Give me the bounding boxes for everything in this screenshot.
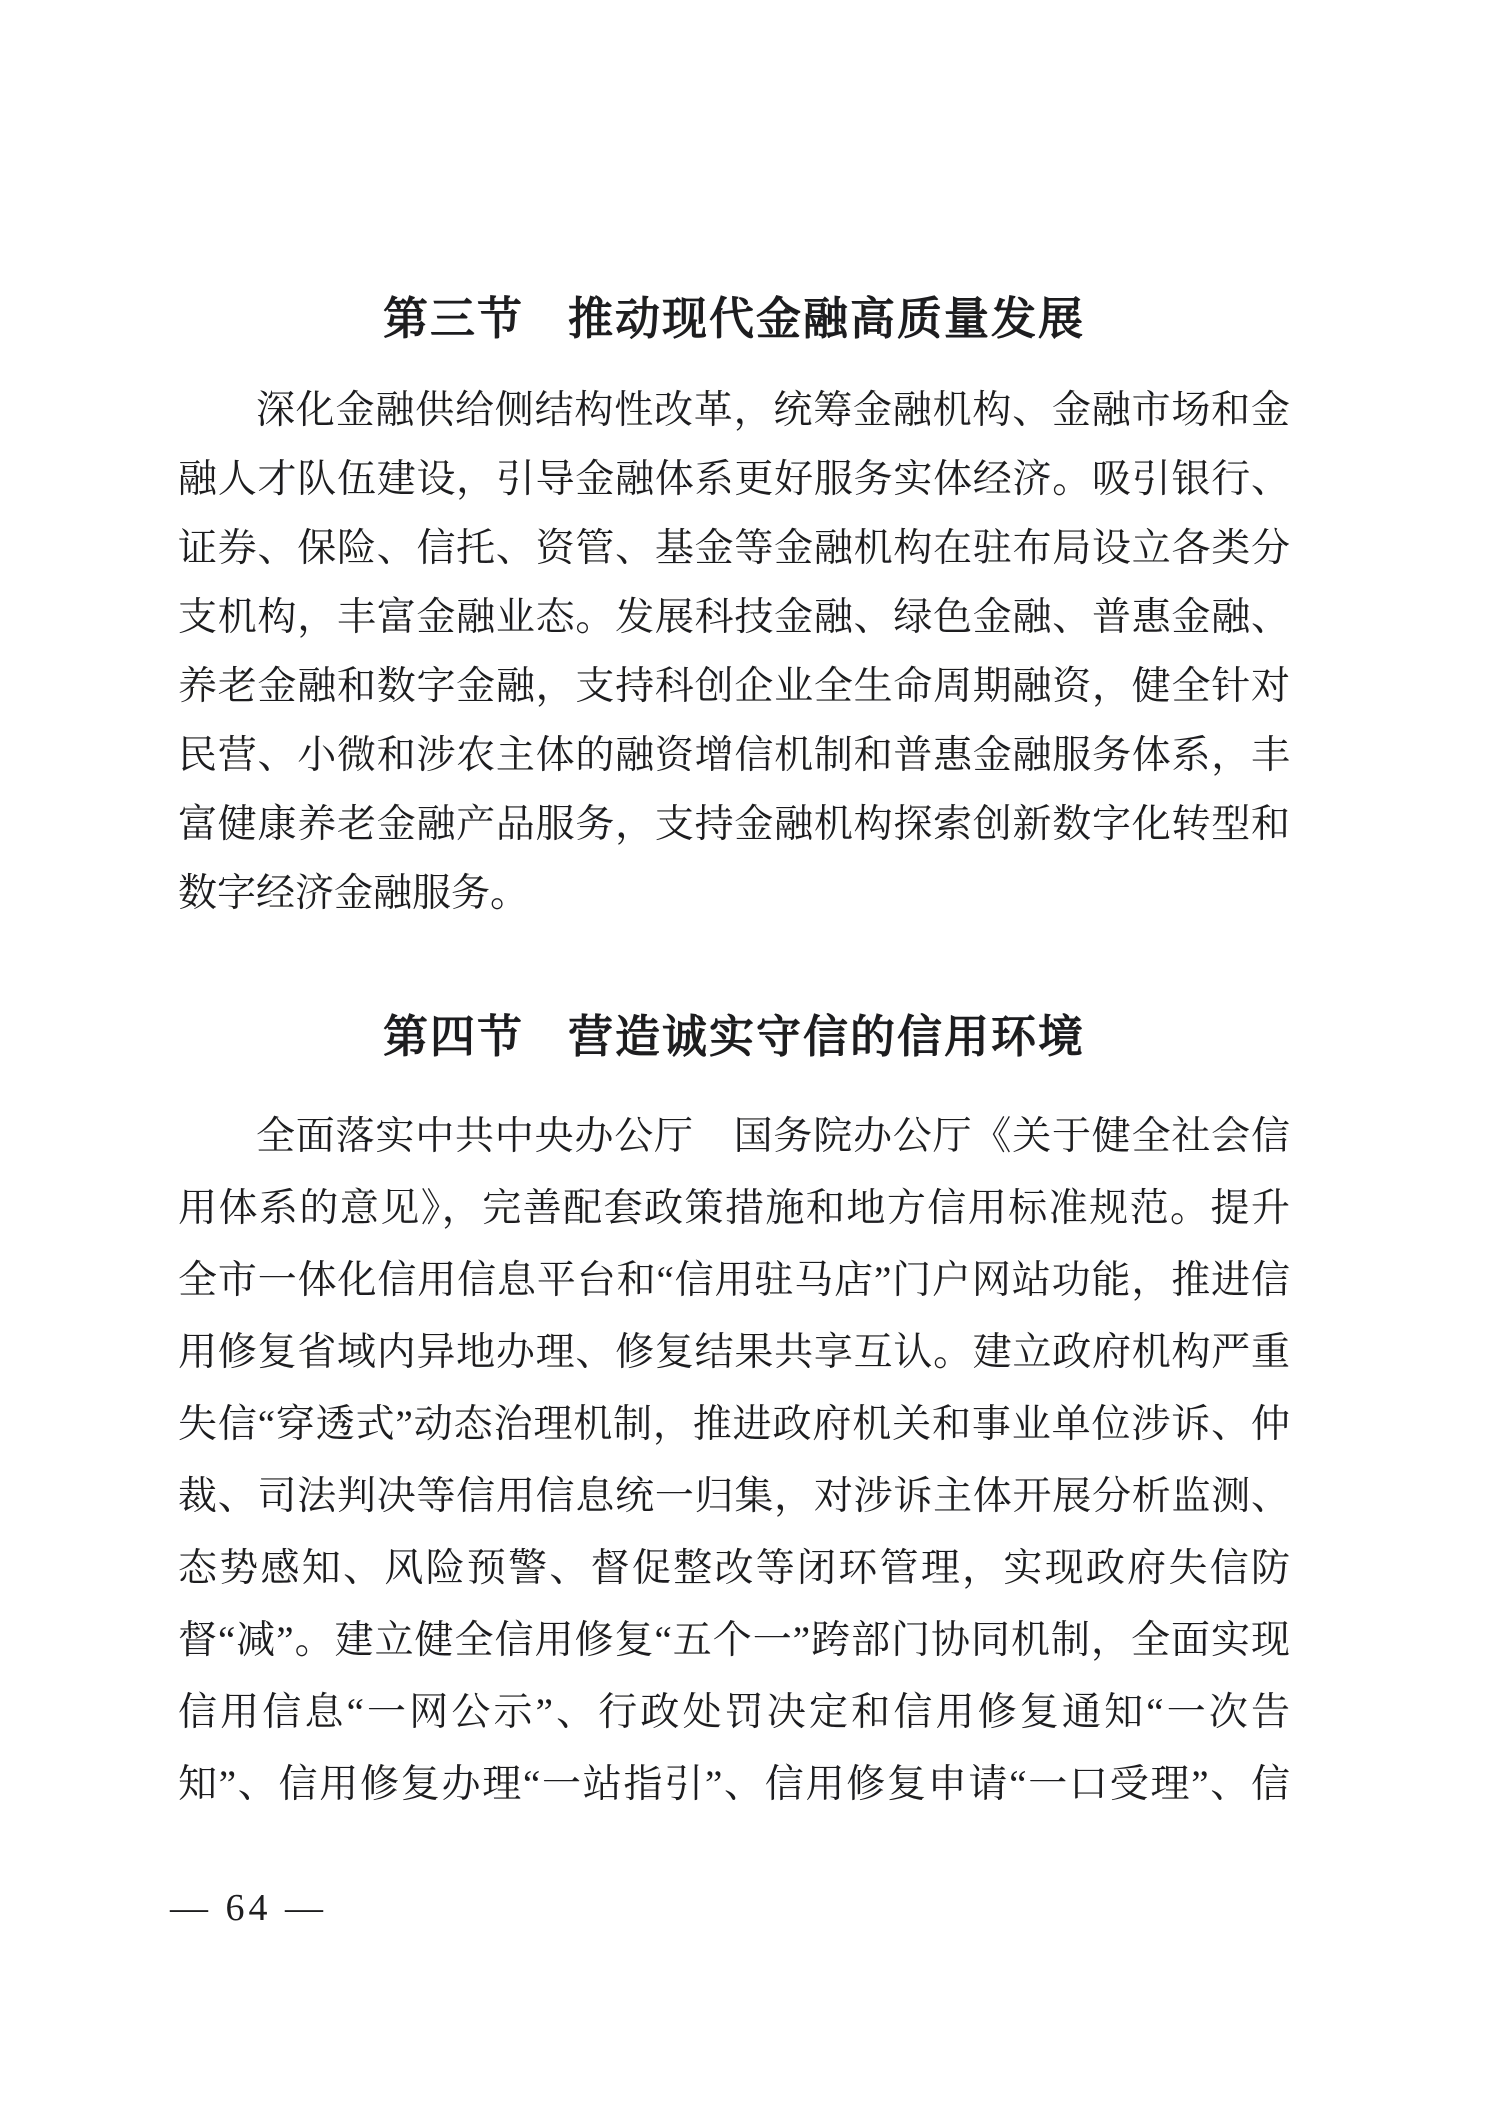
section-title: 推动现代金融高质量发展 bbox=[568, 293, 1085, 344]
text-line: 深化金融供给侧结构性改革，统筹金融机构、金融市场和金 bbox=[178, 376, 1290, 445]
text-line: 养老金融和数字金融，支持科创企业全生命周期融资，健全针对 bbox=[178, 652, 1290, 721]
text-line: 态势感知、风险预警、督促整改等闭环管理，实现政府失信防“微” bbox=[178, 1533, 1290, 1605]
text-line: 知”、信用修复办理“一站指引”、信用修复申请“一口受理”、信 bbox=[178, 1749, 1290, 1821]
text-line: 用体系的意见》，完善配套政策措施和地方信用标准规范。提升 bbox=[178, 1173, 1290, 1245]
text-line: 用修复省域内异地办理、修复结果共享互认。建立政府机构严重 bbox=[178, 1317, 1290, 1389]
document-page: 第三节推动现代金融高质量发展 深化金融供给侧结构性改革，统筹金融机构、金融市场和… bbox=[0, 0, 1486, 2103]
text-line: 失信“穿透式”动态治理机制，推进政府机关和事业单位涉诉、仲 bbox=[178, 1389, 1290, 1461]
text-line: 全市一体化信用信息平台和“信用驻马店”门户网站功能，推进信 bbox=[178, 1245, 1290, 1317]
text-line: 信用信息“一网公示”、行政处罚决定和信用修复通知“一次告 bbox=[178, 1677, 1290, 1749]
text-line: 督“减”。建立健全信用修复“五个一”跨部门协同机制，全面实现 bbox=[178, 1605, 1290, 1677]
text-line: 全面落实中共中央办公厅 国务院办公厅《关于健全社会信 bbox=[178, 1101, 1290, 1173]
text-line: 融人才队伍建设，引导金融体系更好服务实体经济。吸引银行、 bbox=[178, 445, 1290, 514]
body-paragraph-1: 深化金融供给侧结构性改革，统筹金融机构、金融市场和金 融人才队伍建设，引导金融体… bbox=[178, 376, 1290, 928]
body-paragraph-2: 全面落实中共中央办公厅 国务院办公厅《关于健全社会信 用体系的意见》，完善配套政… bbox=[178, 1101, 1290, 1821]
text-line: 富健康养老金融产品服务，支持金融机构探索创新数字化转型和 bbox=[178, 790, 1290, 859]
section-heading-4: 第四节营造诚实守信的信用环境 bbox=[178, 1007, 1290, 1067]
section-title: 营造诚实守信的信用环境 bbox=[568, 1011, 1085, 1062]
text-line: 裁、司法判决等信用信息统一归集，对涉诉主体开展分析监测、 bbox=[178, 1461, 1290, 1533]
page-number: — 64 — bbox=[170, 1886, 327, 1930]
text-line: 数字经济金融服务。 bbox=[178, 859, 1290, 928]
text-line: 证券、保险、信托、资管、基金等金融机构在驻布局设立各类分 bbox=[178, 514, 1290, 583]
section-number: 第四节 bbox=[383, 1011, 524, 1062]
text-line: 支机构，丰富金融业态。发展科技金融、绿色金融、普惠金融、 bbox=[178, 583, 1290, 652]
section-heading-3: 第三节推动现代金融高质量发展 bbox=[178, 289, 1290, 349]
text-line: 民营、小微和涉农主体的融资增信机制和普惠金融服务体系，丰 bbox=[178, 721, 1290, 790]
section-number: 第三节 bbox=[383, 293, 524, 344]
